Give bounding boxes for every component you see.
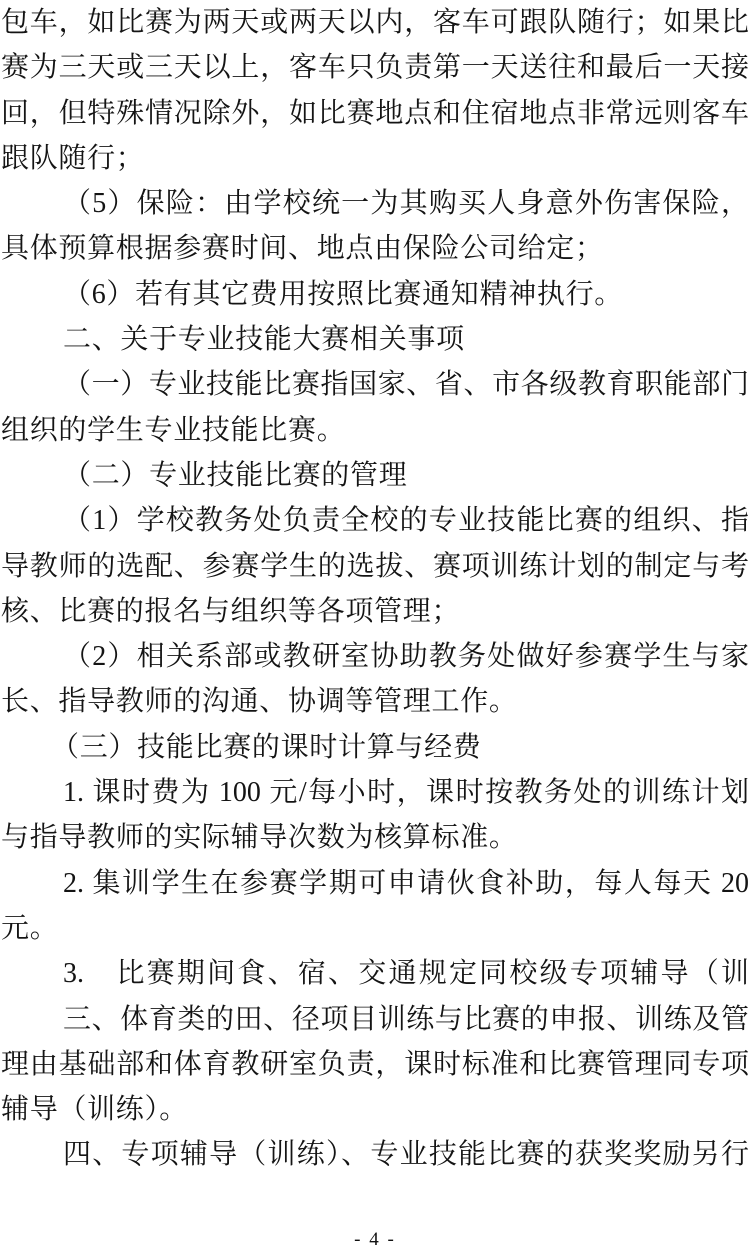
sub-heading: （二）专业技能比赛的管理 bbox=[1, 453, 749, 498]
text-line: 导教师的选配、参赛学生的选拔、赛项训练计划的制定与考 bbox=[1, 544, 749, 589]
text-line: 核、比赛的报名与组织等各项管理； bbox=[1, 589, 749, 634]
text-line: 3. 比赛期间食、宿、交通规定同校级专项辅导（训练）。 bbox=[1, 951, 749, 996]
text-line: 跟队随行； bbox=[1, 136, 749, 181]
page-number: - 4 - bbox=[0, 1229, 750, 1251]
text-line: 包车，如比赛为两天或两天以内，客车可跟队随行；如果比 bbox=[1, 0, 749, 45]
text-line: （1）学校教务处负责全校的专业技能比赛的组织、指 bbox=[1, 498, 749, 543]
text-line: 1. 课时费为 100 元/每小时，课时按教务处的训练计划 bbox=[1, 770, 749, 815]
section-heading-3: 三、体育类的田、径项目训练与比赛的申报、训练及管 bbox=[1, 997, 749, 1042]
text-line: 辅导（训练）。 bbox=[1, 1087, 749, 1132]
text-line: 具体预算根据参赛时间、地点由保险公司给定； bbox=[1, 226, 749, 271]
text-line: （2）相关系部或教研室协助教务处做好参赛学生与家 bbox=[1, 634, 749, 679]
text-line: （一）专业技能比赛指国家、省、市各级教育职能部门 bbox=[1, 362, 749, 407]
text-line: 理由基础部和体育教研室负责，课时标准和比赛管理同专项 bbox=[1, 1042, 749, 1087]
text-line: （6）若有其它费用按照比赛通知精神执行。 bbox=[1, 272, 749, 317]
document-body: 包车，如比赛为两天或两天以内，客车可跟队随行；如果比 赛为三天或三天以上，客车只… bbox=[1, 0, 749, 1178]
text-line: 2. 集训学生在参赛学期可申请伙食补助，每人每天 20 bbox=[1, 861, 749, 906]
section-heading-4: 四、专项辅导（训练）、专业技能比赛的获奖奖励另行 bbox=[1, 1132, 749, 1177]
text-line: 与指导教师的实际辅导次数为核算标准。 bbox=[1, 815, 749, 860]
text-line: 长、指导教师的沟通、协调等管理工作。 bbox=[1, 679, 749, 724]
text-line: 元。 bbox=[1, 906, 749, 951]
text-line: 回，但特殊情况除外，如比赛地点和住宿地点非常远则客车 bbox=[1, 91, 749, 136]
text-line: 赛为三天或三天以上，客车只负责第一天送往和最后一天接 bbox=[1, 45, 749, 90]
text-line: 组织的学生专业技能比赛。 bbox=[1, 408, 749, 453]
section-heading-2: 二、关于专业技能大赛相关事项 bbox=[1, 317, 749, 362]
text-line: （5）保险：由学校统一为其购买人身意外伤害保险， bbox=[1, 181, 749, 226]
document-page: 包车，如比赛为两天或两天以内，客车可跟队随行；如果比 赛为三天或三天以上，客车只… bbox=[0, 0, 750, 1254]
sub-heading: （三）技能比赛的课时计算与经费 bbox=[1, 725, 749, 770]
